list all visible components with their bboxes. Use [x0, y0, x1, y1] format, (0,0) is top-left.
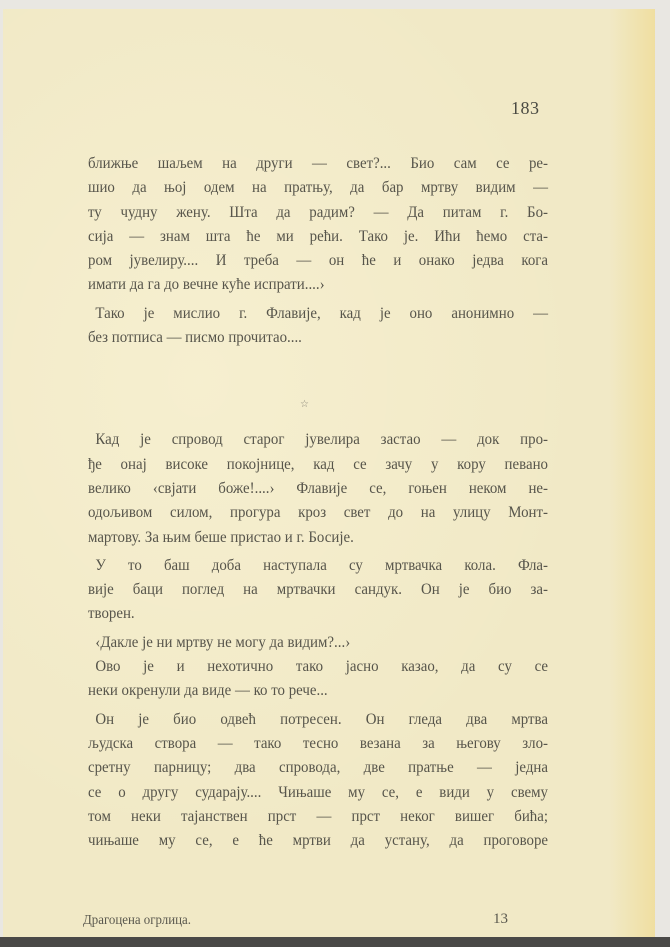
text-line: Ово је и нехотично тако јасно казао, да …: [88, 654, 548, 678]
text-line: Он је био одвећ потресен. Он гледа два м…: [88, 707, 548, 731]
text-line: сретну парницу; два спровода, две пратње…: [88, 755, 548, 779]
text-line: ром јувелиру.... И треба — он ће и онако…: [88, 248, 548, 272]
text-line: ‹Дакле је ни мртву не могу да видим?...›: [88, 630, 548, 654]
paragraph-hearse: У то баш доба наступала су мртвачка кола…: [88, 553, 511, 626]
paragraph-flavije-thought: Тако је мислио г. Флавије, кад је оно ан…: [88, 301, 511, 350]
text-line: вије баци поглед на мртвачки сандук. Он …: [88, 577, 548, 601]
footer-signature-mark: 13: [493, 911, 508, 928]
text-line: мартову. За њим беше пристао и г. Босије…: [88, 525, 548, 549]
text-line: творен.: [88, 601, 548, 625]
section-separator-asterisk: ☆: [300, 399, 309, 410]
page-body-text: ближње шаљем на други — свет?... Био сам…: [88, 151, 511, 852]
text-line: ту чудну жену. Шта да радим? — Да питам …: [88, 200, 548, 224]
text-line: неки окренули да виде — ко то рече...: [88, 678, 548, 702]
text-line: У то баш доба наступала су мртвачка кола…: [88, 553, 548, 577]
text-line: ближње шаљем на други — свет?... Био сам…: [88, 151, 548, 175]
text-line: одољивом силом, прогура кроз свет до на …: [88, 500, 548, 524]
text-line: Тако је мислио г. Флавије, кад је оно ан…: [88, 301, 548, 325]
paragraph-quote: ‹Дакле је ни мртву не могу да видим?...›: [88, 630, 511, 654]
text-line: без потписа — писмо прочитао....: [88, 325, 548, 349]
text-line: Кад је спровод старог јувелира застао — …: [88, 427, 548, 451]
paragraph-funeral: Кад је спровод старог јувелира застао — …: [88, 427, 511, 548]
paragraph-continued: ближње шаљем на други — свет?... Био сам…: [88, 151, 511, 297]
text-line: велико ‹свјати боже!....› Флавије се, го…: [88, 476, 548, 500]
book-page: 183 ближње шаљем на други — свет?... Био…: [3, 9, 655, 937]
text-line: људска створа — тако тесно везана за њег…: [88, 731, 548, 755]
scan-bottom-edge: [0, 937, 670, 947]
footer-book-title: Драгоцена огрлица.: [83, 913, 191, 929]
text-line: се о другу сударају.... Чињаше му се, е …: [88, 780, 548, 804]
paragraph-spoken: Ово је и нехотично тако јасно казао, да …: [88, 654, 511, 703]
paragraph-shaken: Он је био одвећ потресен. Он гледа два м…: [88, 707, 511, 853]
text-line: том неки тајанствен прст — прст неког ви…: [88, 804, 548, 828]
text-line: сија — знам шта ће ми рећи. Тако је. Ићи…: [88, 224, 548, 248]
text-line: чињаше му се, е ће мртви да устану, да п…: [88, 828, 548, 852]
page-number: 183: [511, 98, 540, 119]
text-line: шио да њој одем на пратњу, да бар мртву …: [88, 175, 548, 199]
text-line: ђе онај високе покојнице, кад се зачу у …: [88, 452, 548, 476]
text-line: имати да га до вечне куће испрати....›: [88, 272, 548, 296]
